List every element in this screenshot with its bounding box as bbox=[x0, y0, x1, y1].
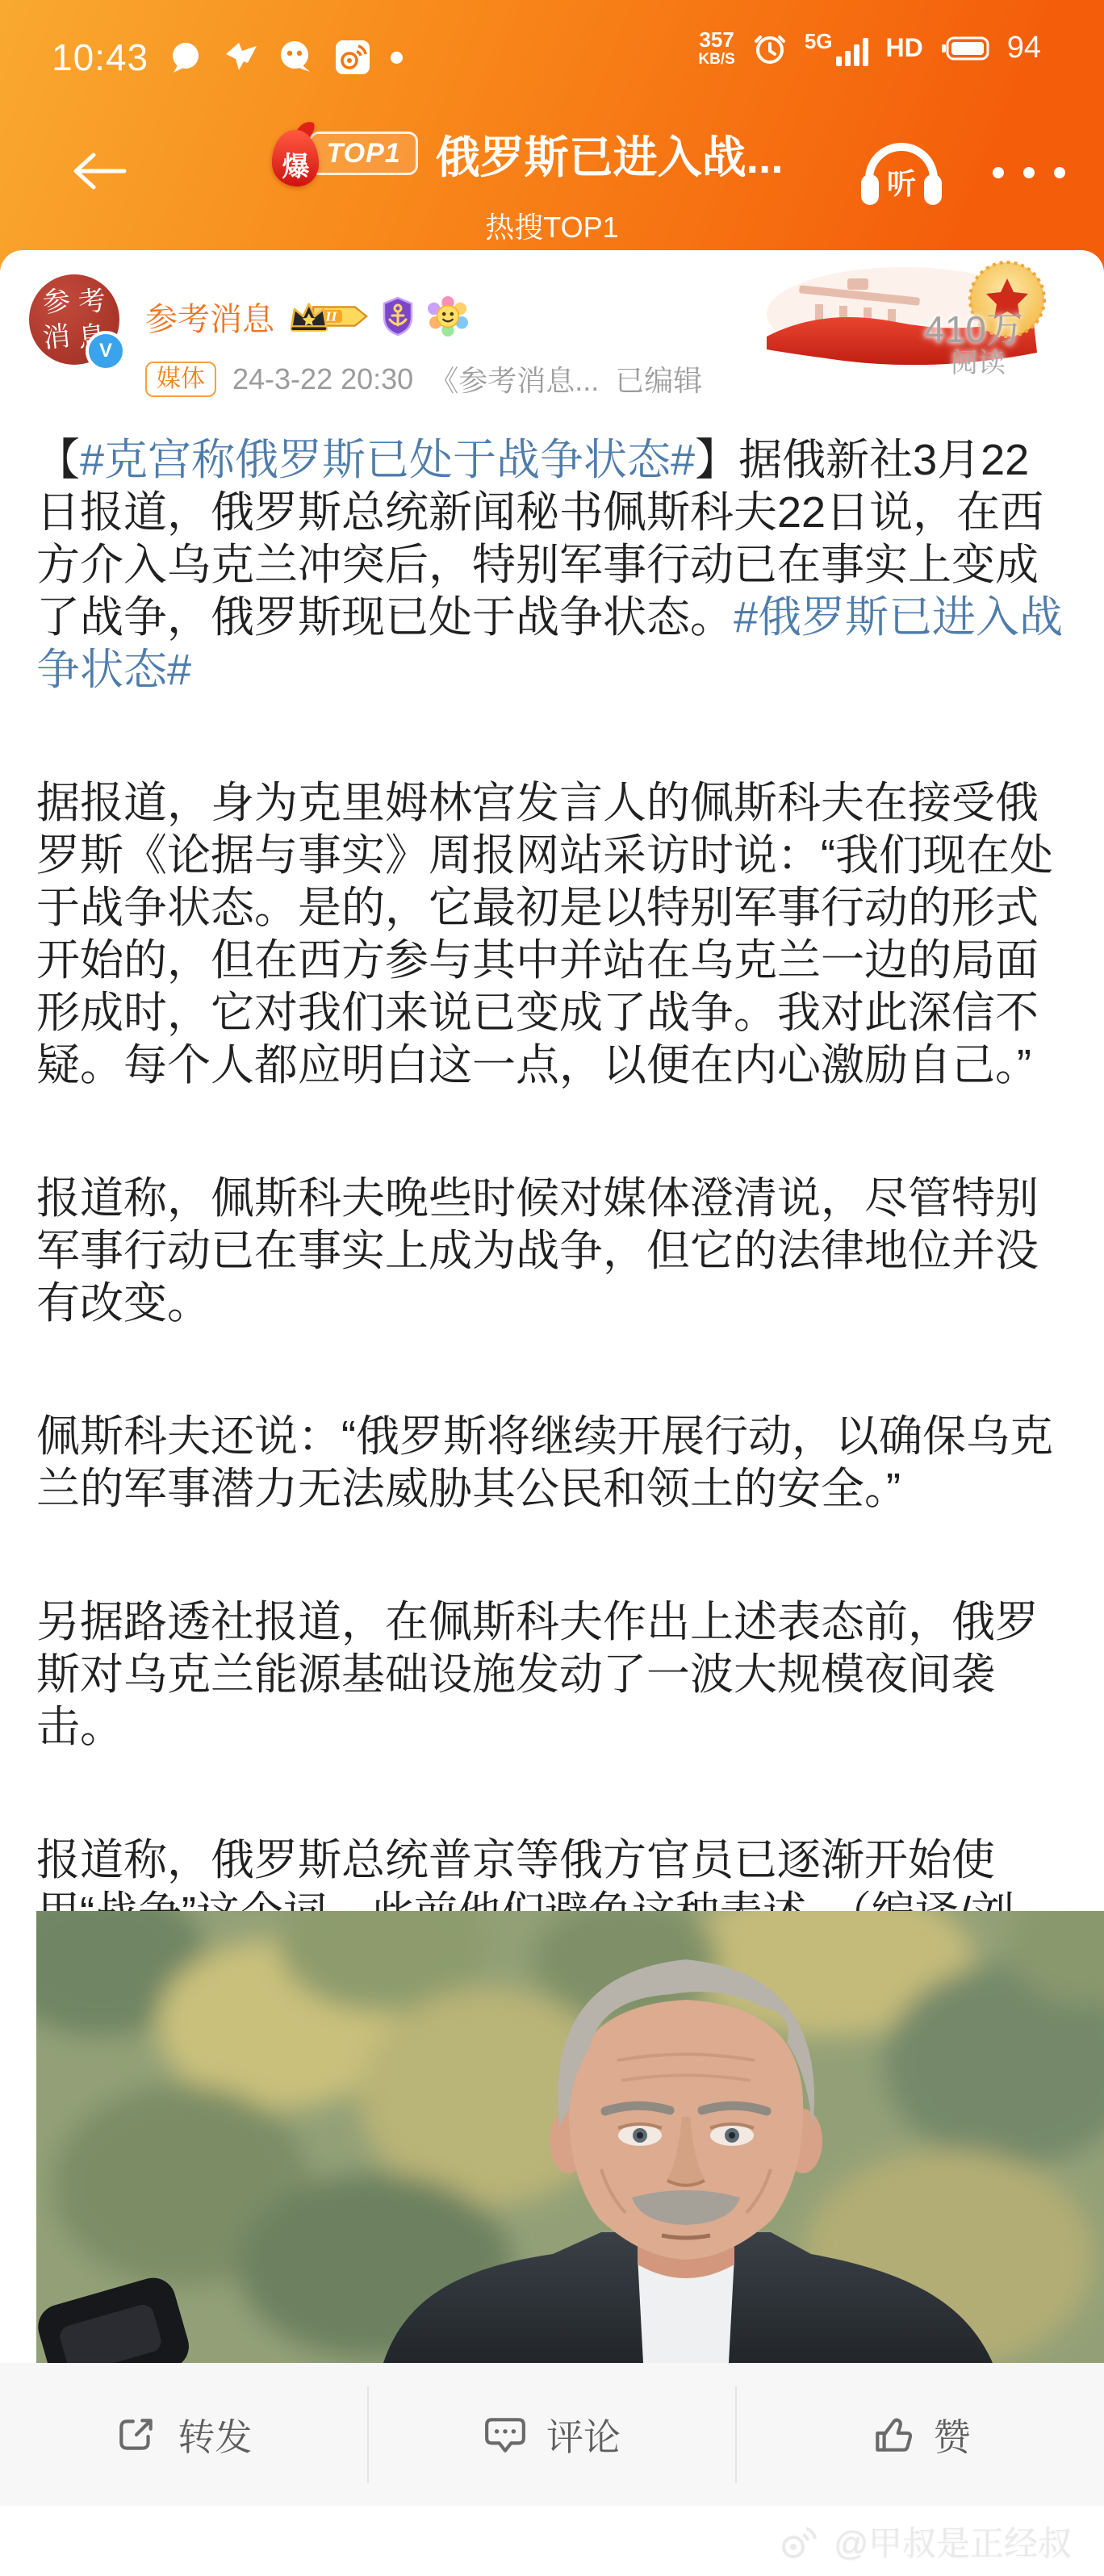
watermark: @甲叔是正经叔 bbox=[777, 2506, 1072, 2576]
wechat-icon bbox=[278, 39, 315, 76]
weibo-logo-icon bbox=[777, 2522, 822, 2561]
avatar-char: 消 bbox=[41, 322, 71, 352]
hashtag-link[interactable]: #克宫称俄罗斯已处于战争状态# bbox=[80, 436, 695, 484]
flower-emoji-badge bbox=[428, 296, 468, 337]
post-card: 参考消息 V 参考消息 II 媒体 bbox=[0, 250, 1104, 2576]
battery-icon bbox=[939, 35, 991, 62]
post-paragraph: 另据路透社报道，在佩斯科夫作出上述表态前，俄罗斯对乌克兰能源基础设施发动了一波大… bbox=[36, 1596, 1068, 1754]
dot-icon bbox=[1054, 167, 1065, 178]
action-toolbar: 转发 评论 赞 bbox=[0, 2363, 1104, 2506]
headphones-icon: 听 bbox=[855, 126, 948, 213]
media-tag: 媒体 bbox=[145, 362, 216, 397]
post-paragraph: 【#克宫称俄罗斯已处于战争状态#】据俄新社3月22日报道，俄罗斯总统新闻秘书佩斯… bbox=[36, 434, 1068, 696]
hd-indicator: HD bbox=[886, 33, 923, 63]
repost-icon bbox=[115, 2413, 158, 2457]
chat-bubble-icon bbox=[168, 40, 203, 75]
notification-dot bbox=[391, 52, 403, 64]
hot-flame-badge: 爆 bbox=[272, 120, 319, 186]
comment-icon bbox=[483, 2413, 527, 2457]
like-icon bbox=[871, 2413, 914, 2457]
author-name[interactable]: 参考消息 bbox=[145, 294, 274, 340]
comment-label: 评论 bbox=[546, 2408, 621, 2461]
watermark-text: @甲叔是正经叔 bbox=[834, 2517, 1072, 2566]
post-source: 《参考消息... bbox=[429, 358, 599, 399]
speed-value: 357 bbox=[699, 29, 734, 50]
patriotic-decoration bbox=[767, 255, 1073, 373]
top1-badge: TOP1 bbox=[309, 132, 417, 175]
like-label: 赞 bbox=[934, 2408, 971, 2461]
shield-badge bbox=[381, 296, 415, 337]
post-paragraph: 佩斯科夫还说：“俄罗斯将继续开展行动，以确保乌克兰的军事潜力无法威胁其公民和领土… bbox=[36, 1411, 1068, 1516]
dot-icon bbox=[1023, 167, 1035, 178]
header: 10:43 357 KB/S 5G HD 94 bbox=[0, 0, 1104, 278]
repost-label: 转发 bbox=[178, 2408, 252, 2461]
text-run: 报道称，佩斯科夫晚些时候对媒体澄清说，尽管特别军事行动已在事实上成为战争，但它的… bbox=[36, 1174, 1039, 1328]
verified-badge: V bbox=[86, 331, 126, 371]
clock-time: 10:43 bbox=[52, 36, 148, 79]
more-options-button[interactable] bbox=[993, 165, 1065, 181]
speed-unit: KB/S bbox=[698, 52, 734, 67]
listen-label: 听 bbox=[887, 167, 916, 200]
status-bar-right: 357 KB/S 5G HD 94 bbox=[698, 29, 1041, 67]
text-run: 佩斯科夫还说：“俄罗斯将继续开展行动，以确保乌克兰的军事潜力无法威胁其公民和领土… bbox=[36, 1412, 1053, 1513]
weibo-app-icon bbox=[334, 39, 371, 76]
vip-crown-badge: II bbox=[287, 297, 368, 336]
post-paragraph: 报道称，佩斯科夫晚些时候对媒体澄清说，尽管特别军事行动已在事实上成为战争，但它的… bbox=[36, 1173, 1068, 1330]
post-paragraph: 据报道，身为克里姆林宫发言人的佩斯科夫在接受俄罗斯《论据与事实》周报网站采访时说… bbox=[36, 777, 1068, 1092]
text-run: 【 bbox=[36, 436, 80, 484]
author-row: 参考消息 II bbox=[145, 295, 468, 337]
alarm-clock-icon bbox=[751, 30, 788, 67]
reads-label: 阅读 bbox=[951, 341, 1006, 380]
avatar-char: 参 bbox=[41, 286, 71, 316]
text-run: 据报道，身为克里姆林宫发言人的佩斯科夫在接受俄罗斯《论据与事实》周报网站采访时说… bbox=[36, 779, 1053, 1089]
bird-app-icon bbox=[223, 40, 258, 75]
status-bar-left: 10:43 bbox=[52, 36, 403, 79]
signal-bars-icon bbox=[836, 34, 870, 66]
footer-strip: @甲叔是正经叔 bbox=[0, 2506, 1104, 2576]
listen-button[interactable]: 听 bbox=[855, 126, 948, 213]
post-body: 【#克宫称俄罗斯已处于战争状态#】据俄新社3月22日报道，俄罗斯总统新闻秘书佩斯… bbox=[36, 434, 1068, 2072]
like-button[interactable]: 赞 bbox=[737, 2363, 1104, 2506]
flame-label: 爆 bbox=[282, 144, 309, 184]
peskov-photo-illustration bbox=[36, 1911, 1104, 2363]
crown-level: II bbox=[324, 309, 337, 324]
comment-button[interactable]: 评论 bbox=[369, 2363, 736, 2506]
battery-percent: 94 bbox=[1007, 31, 1041, 65]
dot-icon bbox=[993, 167, 1004, 178]
network-type: 5G bbox=[805, 31, 833, 52]
avatar-char: 考 bbox=[77, 286, 107, 316]
weibo-post-screen: 10:43 357 KB/S 5G HD 94 bbox=[0, 0, 1104, 2576]
post-meta-row: 媒体 24-3-22 20:30 《参考消息... 已编辑 bbox=[145, 358, 702, 399]
text-run: 另据路透社报道，在佩斯科夫作出上述表态前，俄罗斯对乌克兰能源基础设施发动了一波大… bbox=[36, 1598, 1039, 1751]
network-speed: 357 KB/S bbox=[698, 29, 734, 67]
edited-label: 已编辑 bbox=[615, 358, 702, 399]
page-title: 俄罗斯已进入战... bbox=[436, 122, 784, 186]
signal-indicator: 5G bbox=[805, 31, 870, 66]
post-timestamp: 24-3-22 20:30 bbox=[232, 362, 413, 396]
post-image[interactable] bbox=[36, 1911, 1104, 2363]
repost-button[interactable]: 转发 bbox=[0, 2363, 367, 2506]
